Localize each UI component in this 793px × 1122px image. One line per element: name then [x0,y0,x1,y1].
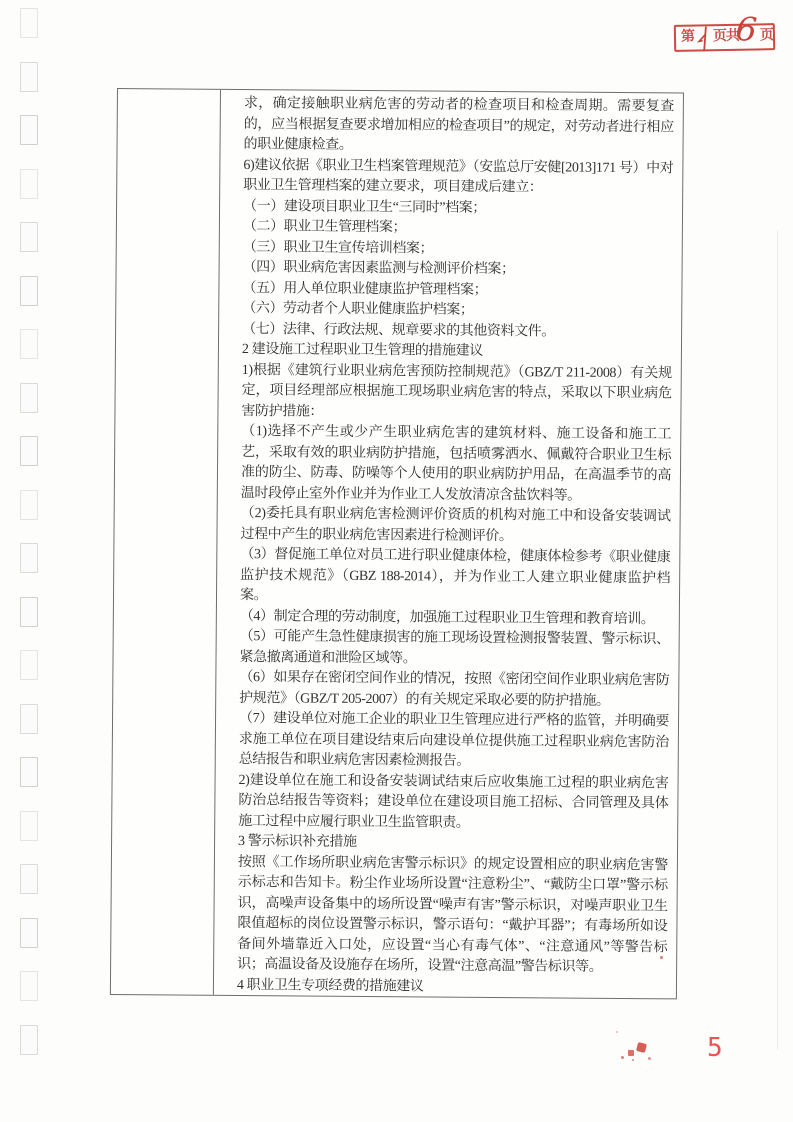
handwritten-page-mark [697,24,714,54]
paragraph: （3）督促施工单位对员工进行职业健康体检，健康体检参考《职业健康监护技术规范》（… [240,545,670,610]
binding-hole [20,276,38,306]
red-ink-dot [660,956,663,959]
page-number: 5 [707,1035,723,1061]
binding-hole [20,490,38,520]
binding-hole [20,650,38,680]
paragraph: （5）可能产生急性健康损害的施工现场设置检测报警装置、警示标识、紧急撤离通道和泄… [239,627,669,671]
binding-hole [20,383,38,413]
table-main-cell: 求，确定接触职业病危害的劳动者的检查项目和检查周期。需要复查的，应当根据复查要求… [215,90,683,999]
red-ink-smudge [632,1059,634,1061]
red-ink-dot [616,1031,618,1033]
scanned-page: 第 页共 6 页 求，确定接触职业病危害的劳动者的检查项目和检查周期。需要复查的… [0,0,793,1122]
paragraph: （2)委托具有职业病危害检测评价资质的机构对施工中和设备安装调试过程中产生的职业… [240,504,670,548]
binding-hole [20,811,38,841]
red-ink-smudge [648,1057,651,1060]
binding-hole [20,971,38,1001]
page-count-stamp: 第 页共 6 页 [674,23,775,52]
paragraph: （7）建设单位对施工企业的职业卫生管理应进行严格的监管，并明确要求施工单位在项目… [239,709,669,774]
red-ink-smudge [636,1042,647,1053]
binding-hole [20,757,38,787]
binding-hole [20,8,38,38]
binding-hole [20,864,38,894]
binding-hole [20,704,38,734]
paragraph: （6）如果存在密闭空间作业的情况，按照《密闭空间作业职业病危害防护规范》（GBZ… [239,668,669,712]
binding-hole [20,597,38,627]
binding-hole [20,918,38,948]
red-ink-smudge [628,1050,634,1056]
binding-hole [20,115,38,145]
paragraph: 求，确定接触职业病危害的劳动者的检查项目和检查周期。需要复查的，应当根据复查要求… [243,94,673,159]
paragraph: （四）职业病危害因素监测与检测评价档案； [243,258,673,282]
binding-hole [20,1025,38,1055]
binding-hole [20,222,38,252]
binding-hole [20,543,38,573]
paragraph: （1)选择不产生或少产生职业病危害的建筑材料、施工设备和施工工艺，采取有效的职业… [241,422,672,507]
document-table: 求，确定接触职业病危害的劳动者的检查项目和检查周期。需要复查的，应当根据复查要求… [110,88,684,999]
paper-edge-line [777,230,778,1050]
paragraph: 6)建议依据《职业卫生档案管理规范》（安监总厅安健[2013]171 号）中对职… [243,155,673,199]
paragraph: （二）职业卫生管理档案； [243,217,673,241]
binding-hole [20,329,38,359]
paragraph: 1)根据《建筑行业职业病危害预防控制规范》（GBZ/T 211-2008）有关规… [241,360,671,425]
paragraph: （六）劳动者个人职业健康监护档案； [242,299,672,323]
paragraph: 4 职业卫生专项经费的措施建议 [237,975,667,998]
red-ink-smudge [621,1056,624,1059]
paragraph: 2 建设施工过程职业卫生管理的措施建议 [242,340,672,364]
paragraph: 3 警示标识补充措施 [238,832,668,856]
paragraph: 2)建设单位在施工和设备安装调试结束后应收集施工过程的职业病危害防治总结报告等资… [238,770,668,835]
stamp-prefix-label: 第 [681,31,695,45]
binding-hole [20,169,38,199]
paragraph: 按照《工作场所职业病危害警示标识》的规定设置相应的职业病危害警示标志和告知卡。粉… [237,852,668,978]
binding-hole [20,62,38,92]
binding-hole [20,436,38,466]
handwritten-total-pages: 6 [734,12,758,47]
stamp-suffix-label: 页 [760,29,774,43]
table-left-cell [111,89,221,995]
